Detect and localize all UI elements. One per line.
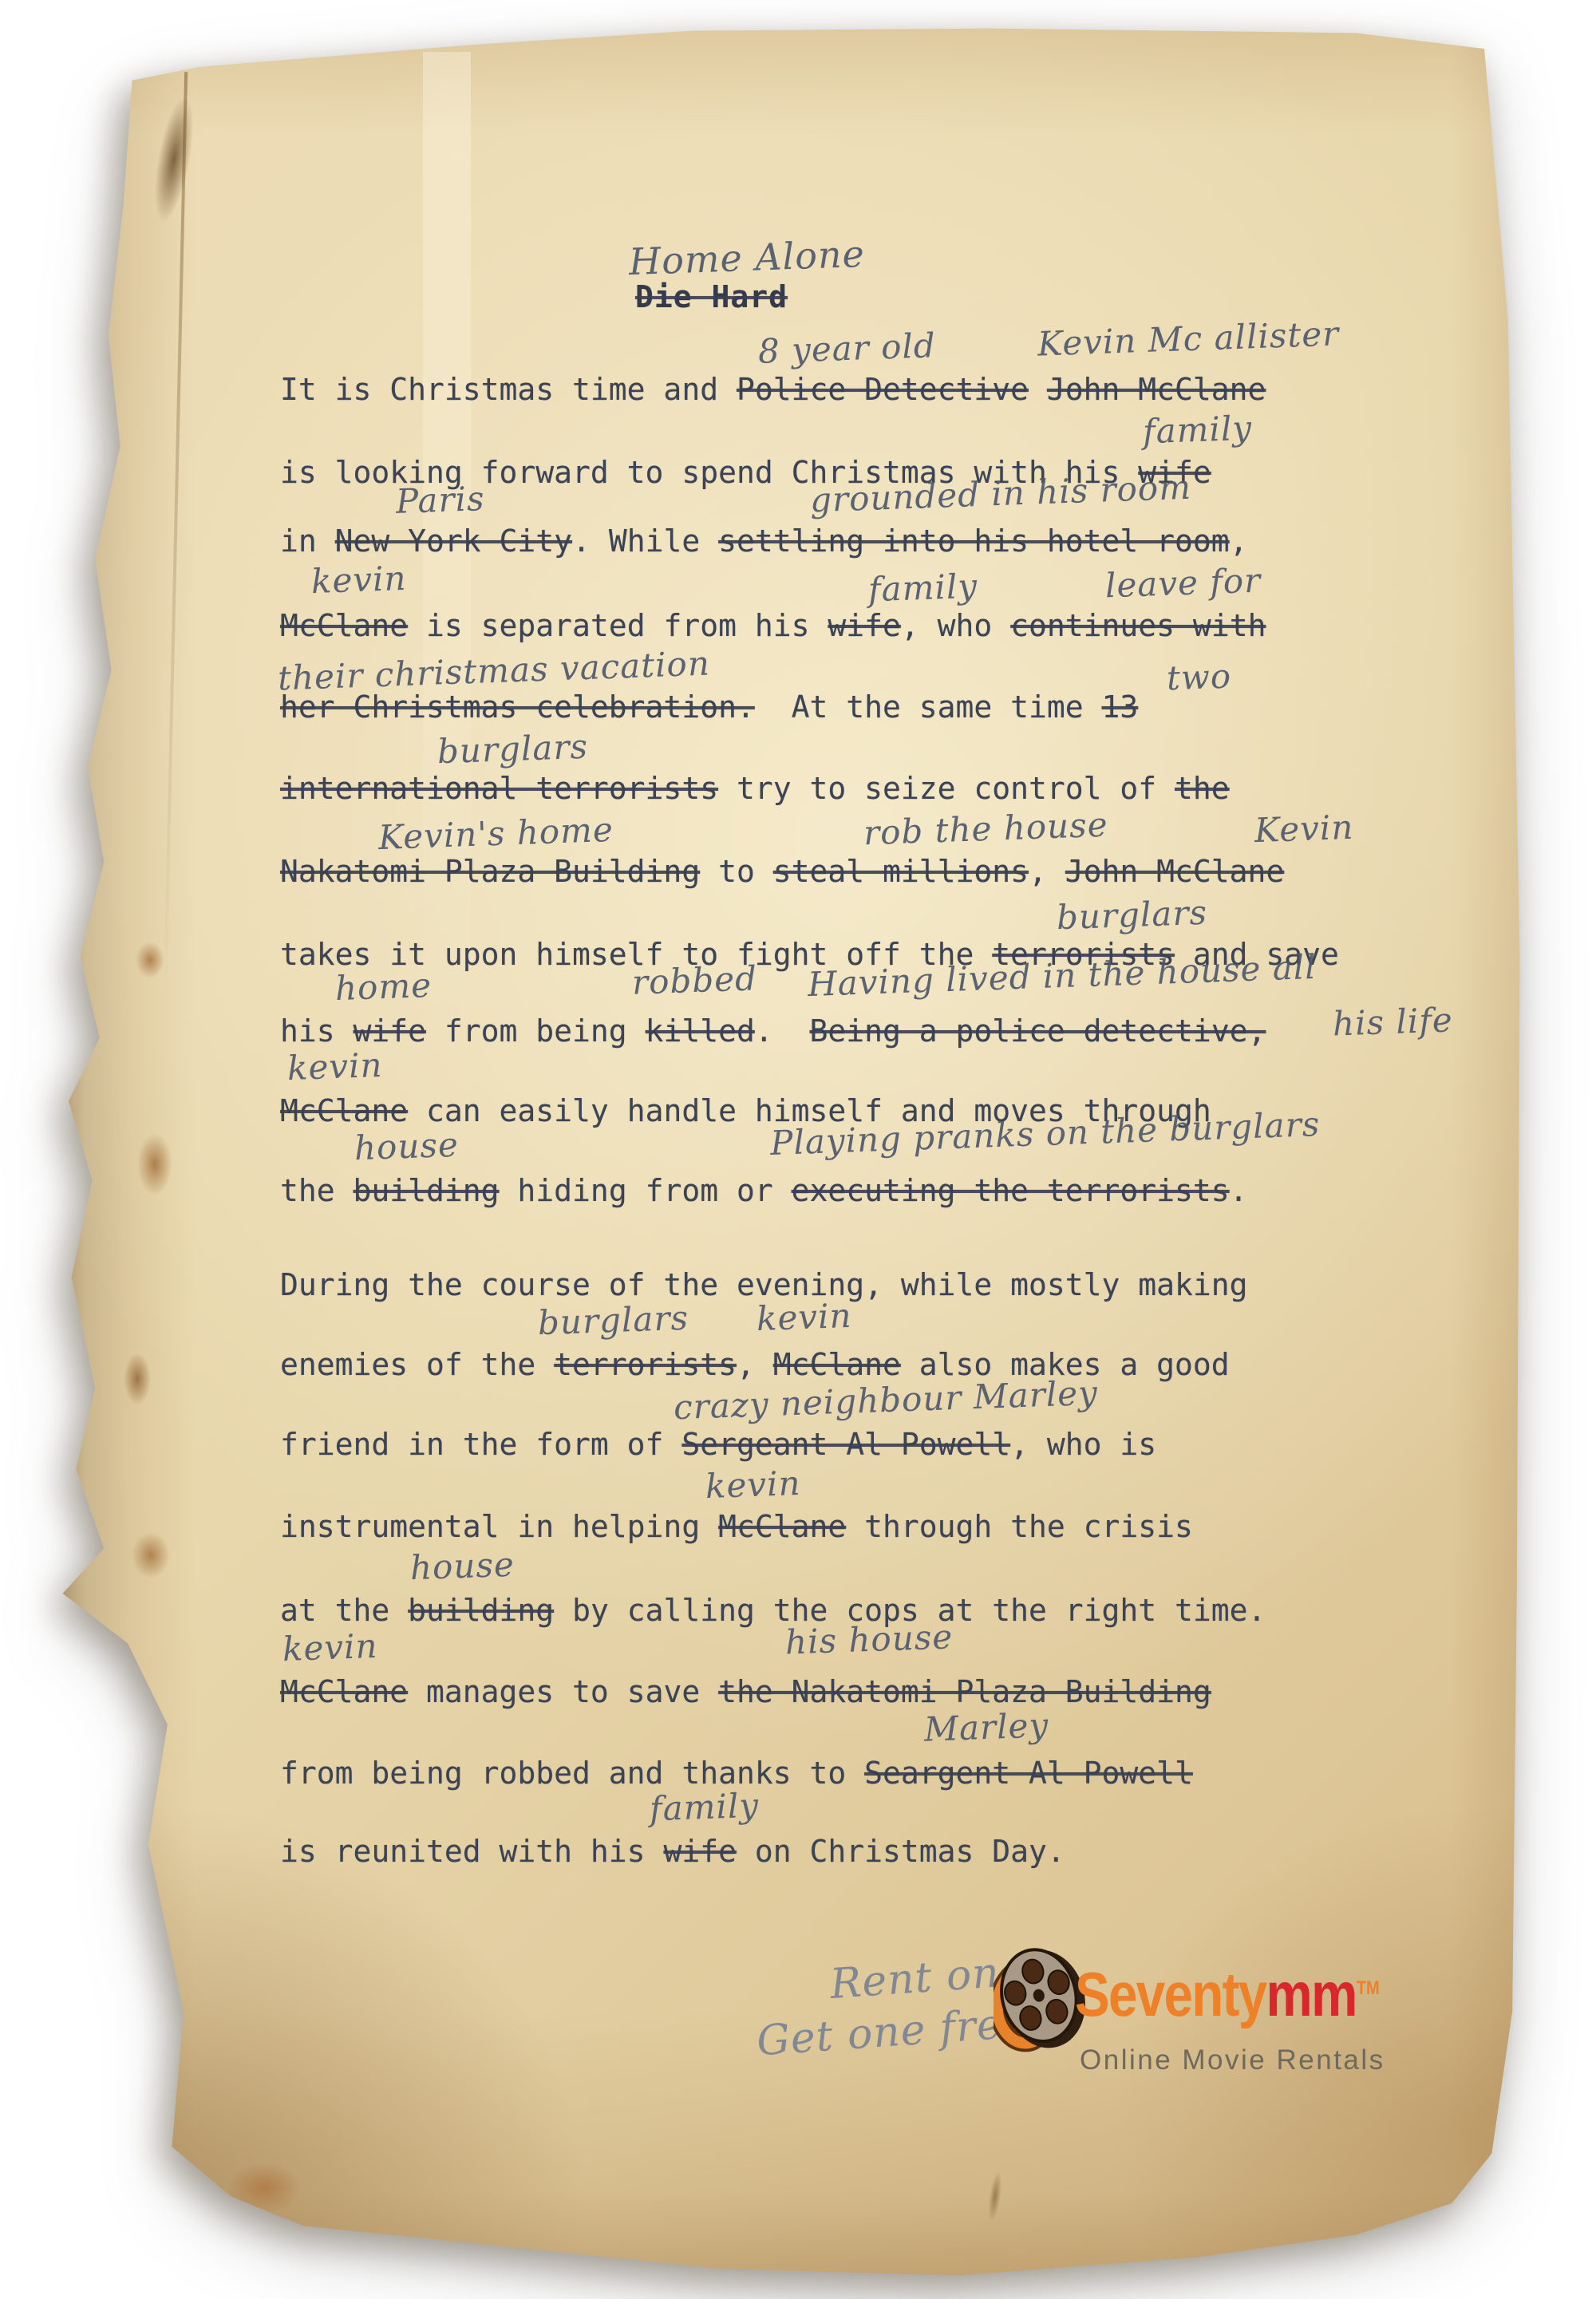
handwritten-note: grounded in his room bbox=[809, 471, 1191, 518]
handwritten-note: Paris bbox=[395, 482, 485, 519]
handwritten-note: burglars bbox=[1056, 896, 1207, 935]
handwritten-note: kevin bbox=[286, 1049, 383, 1085]
handwritten-note: burglars bbox=[537, 1302, 689, 1341]
handwritten-note: burglars bbox=[437, 730, 588, 769]
trademark-symbol: TM bbox=[1357, 1977, 1380, 1999]
brand-name-part2: mm bbox=[1266, 1959, 1357, 2029]
handwritten-note: his house bbox=[784, 1620, 954, 1659]
handwritten-note: Kevin's home bbox=[377, 813, 614, 855]
handwritten-note: rob the house bbox=[863, 808, 1108, 851]
handwritten-note: house bbox=[354, 1128, 459, 1166]
handwritten-note: leave for bbox=[1104, 564, 1262, 603]
seventymm-logo: SeventymmTM Online Movie Rentals bbox=[986, 1931, 1480, 2091]
handwritten-note: Kevin Mc allister bbox=[1037, 317, 1339, 361]
handwritten-note: their christmas vacation bbox=[277, 647, 710, 696]
brand-tagline: Online Movie Rentals bbox=[1080, 2044, 1385, 2076]
handwritten-note: family bbox=[867, 570, 978, 607]
handwritten-note: kevin bbox=[310, 562, 407, 598]
handwritten-note: family bbox=[1142, 412, 1252, 449]
handwritten-note: crazy neighbour Marley bbox=[673, 1377, 1098, 1425]
brand-name: SeventymmTM bbox=[1075, 1958, 1380, 2031]
handwritten-note: kevin bbox=[705, 1467, 801, 1503]
brand-name-part1: Seventy bbox=[1075, 1959, 1266, 2029]
handwritten-title: Home Alone bbox=[628, 235, 865, 280]
handwritten-note: Marley bbox=[923, 1708, 1049, 1746]
handwritten-note: 8 year old bbox=[757, 329, 936, 369]
handwritten-note: house bbox=[409, 1548, 515, 1586]
handwritten-note: robbed bbox=[631, 962, 757, 999]
handwritten-note: Having lived in the house all bbox=[807, 950, 1317, 1001]
handwritten-note: family bbox=[649, 1789, 759, 1827]
handwritten-note: two bbox=[1166, 660, 1232, 696]
handwritten-note: kevin bbox=[282, 1629, 378, 1666]
handwritten-note: his life bbox=[1332, 1003, 1453, 1041]
handwritten-note: home bbox=[334, 969, 432, 1005]
handwritten-note: kevin bbox=[756, 1299, 852, 1336]
handwritten-note: Playing pranks on the burglars bbox=[769, 1108, 1320, 1160]
handwritten-note: Kevin bbox=[1254, 811, 1354, 847]
ad-canvas: Die HardIt is Christmas time and Police … bbox=[0, 0, 1596, 2299]
